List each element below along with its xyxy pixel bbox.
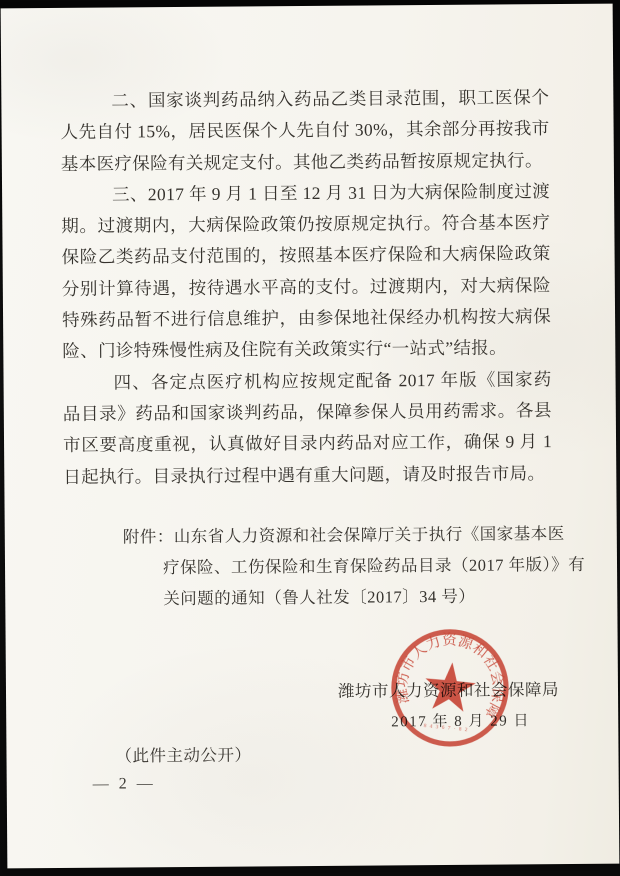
page-number: — 2 — <box>93 774 156 794</box>
document-page: 二、国家谈判药品纳入药品乙类目录范围，职工医保个人先自付 15%，居民医保个人先… <box>1 4 620 869</box>
seal-star <box>423 660 478 713</box>
document-body: 二、国家谈判药品纳入药品乙类目录范围，职工医保个人先自付 15%，居民医保个人先… <box>60 82 552 493</box>
attachment-line: 关问题的通知（鲁人社发〔2017〕34 号） <box>163 580 585 614</box>
scan-background: 二、国家谈判药品纳入药品乙类目录范围，职工医保个人先自付 15%，居民医保个人先… <box>0 0 620 876</box>
body-paragraph-2: 二、国家谈判药品纳入药品乙类目录范围，职工医保个人先自付 15%，居民医保个人先… <box>60 82 550 180</box>
attachment-line: 疗保险、工伤保险和生育保险药品目录（2017 年版）》有 <box>163 549 585 583</box>
body-paragraph-4: 四、各定点医疗机构应按规定配备 2017 年版《国家药品目录》药品和国家谈判药品… <box>62 364 552 493</box>
official-seal-stamp: 潍坊市人力资源和社会保障局 8 4 3 6 7 · 8 2 <box>383 621 516 754</box>
body-paragraph-3: 三、2017 年 9 月 1 日至 12 月 31 日为大病保险制度过渡期。过渡… <box>61 176 551 368</box>
attachment-block: 附件：山东省人力资源和社会保障厅关于执行《国家基本医 疗保险、工伤保险和生育保险… <box>123 518 586 615</box>
attachment-line: 附件：山东省人力资源和社会保障厅关于执行《国家基本医 <box>123 518 585 553</box>
seal-code: 8 4 3 6 7 · 8 2 <box>423 723 468 733</box>
publicity-note: （此件主动公开） <box>115 745 251 766</box>
